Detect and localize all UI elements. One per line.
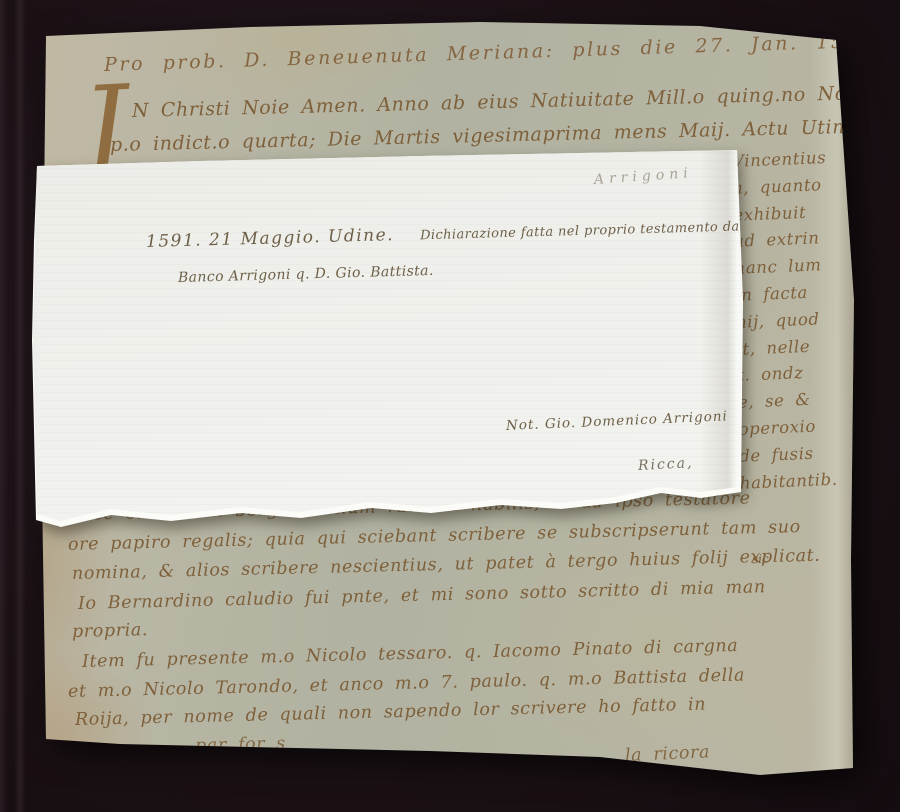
secondary-signature: Ricca,: [638, 455, 694, 474]
note-subject-line: Banco Arrigoni q. D. Gio. Battista.: [178, 263, 434, 286]
note-description: Dichiarazione fatta nel proprio testamen…: [420, 218, 779, 243]
faint-signature: Arrigoni: [593, 165, 693, 188]
manuscript-photo: Pro prob. D. Beneuenuta Meriana: plus di…: [0, 0, 900, 812]
note-date: 1591. 21 Maggio. Udine.: [146, 225, 395, 252]
notary-signature: Not. Gio. Domenico Arrigoni: [506, 408, 729, 434]
note-date-line: 1591. 21 Maggio. Udine. Dichiarazione fa…: [146, 214, 779, 252]
